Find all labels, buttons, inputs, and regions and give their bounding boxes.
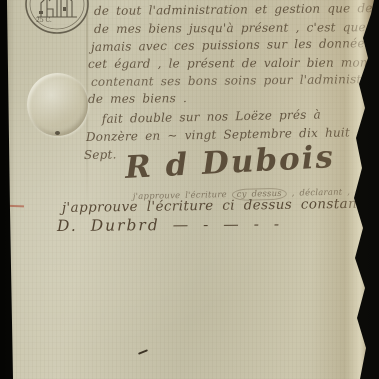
manuscript-line-5: contenant ses bons soins pour l'administ… (91, 72, 379, 89)
closing-line-1: fait double sur nos Loëze prés à (102, 107, 321, 126)
red-fiber-mark (2, 205, 24, 208)
embossed-seal (27, 73, 88, 136)
closing-line-3: Sept. (84, 147, 117, 162)
signature-dubois: R d Dubois (124, 139, 336, 186)
manuscript-line-2: de mes biens jusqu'à présent , c'est que (94, 20, 366, 36)
closing-line-2: Donzère en ~ vingt Septembre dix huit ce… (86, 125, 379, 144)
ink-speck (138, 349, 148, 355)
approval-line: j'approuve l'écriture ci dessus constanc… (62, 196, 374, 216)
manuscript-paper: 25 C. de tout l'administration et gestio… (0, 0, 379, 379)
document-scan: 25 C. de tout l'administration et gestio… (0, 0, 379, 379)
seal-speck (55, 131, 60, 135)
revenue-stamp-icon: 25 C. (23, 0, 91, 35)
manuscript-line-6: de mes biens . (88, 91, 187, 106)
manuscript-line-1: de tout l'administration et gestion que … (94, 1, 379, 18)
stamp-value-text: 25 C. (36, 17, 52, 24)
manuscript-line-4: cet égard , le présent de valoir bien mo… (88, 56, 368, 71)
signature-durbrd: D. Durbrd — - — - - (57, 215, 281, 235)
manuscript-line-3: jamais avec ces puissions sur les donnée… (91, 36, 379, 54)
